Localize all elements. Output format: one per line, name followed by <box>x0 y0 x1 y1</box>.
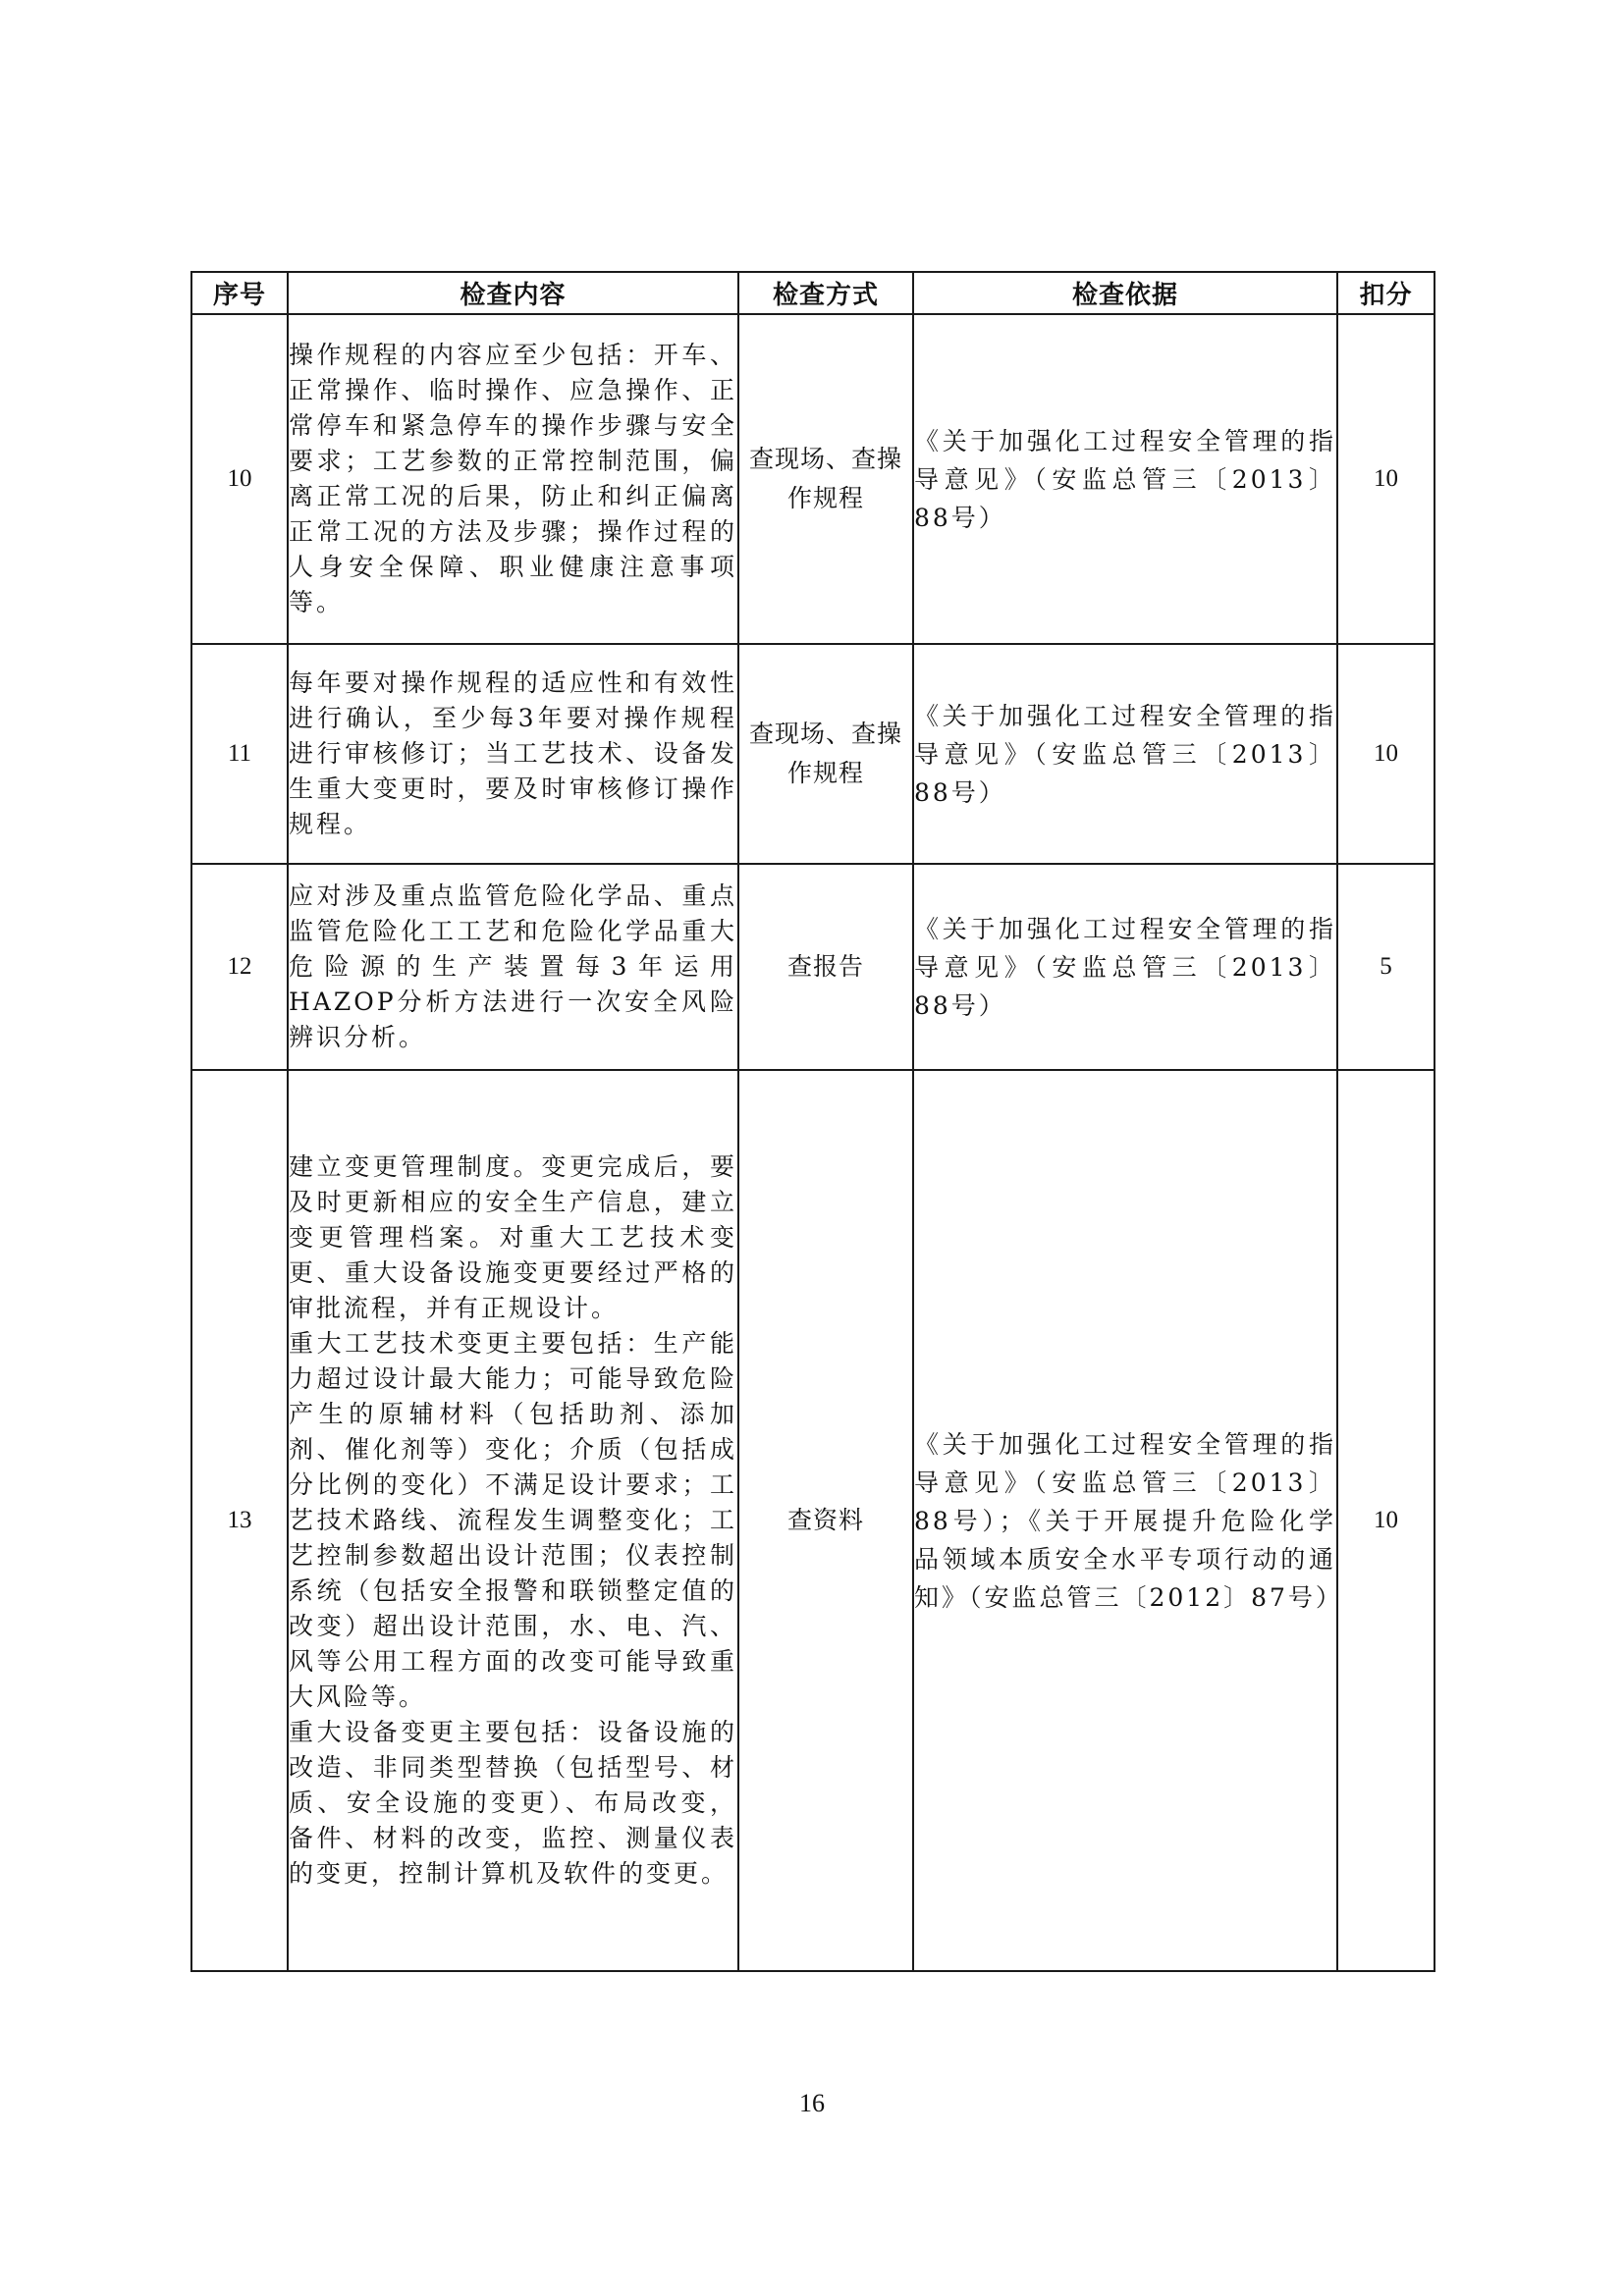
deduction-cell: 10 <box>1337 314 1435 644</box>
inspection-basis-cell: 《关于加强化工过程安全管理的指导意见》（安监总管三〔2013〕88号）；《关于开… <box>913 1070 1337 1971</box>
header-deduction: 扣分 <box>1337 272 1435 314</box>
serial-number-cell: 12 <box>191 864 288 1070</box>
inspection-basis-cell: 《关于加强化工过程安全管理的指导意见》（安监总管三〔2013〕88号） <box>913 314 1337 644</box>
header-inspection-content: 检查内容 <box>288 272 738 314</box>
inspection-content-cell: 应对涉及重点监管危险化学品、重点监管危险化工工艺和危险化学品重大危险源的生产装置… <box>288 864 738 1070</box>
content-paragraph: 建立变更管理制度。变更完成后，要及时更新相应的安全生产信息，建立变更管理档案。对… <box>289 1149 737 1326</box>
inspection-content-cell: 建立变更管理制度。变更完成后，要及时更新相应的安全生产信息，建立变更管理档案。对… <box>288 1070 738 1971</box>
serial-number-cell: 10 <box>191 314 288 644</box>
table-header-row: 序号 检查内容 检查方式 检查依据 扣分 <box>191 272 1435 314</box>
inspection-table: 序号 检查内容 检查方式 检查依据 扣分 10 操作规程的内容应至少包括：开车、… <box>190 271 1435 1972</box>
table-row: 10 操作规程的内容应至少包括：开车、正常操作、临时操作、应急操作、正常停车和紧… <box>191 314 1435 644</box>
content-paragraph: 重大工艺技术变更主要包括：生产能力超过设计最大能力；可能导致危险产生的原辅材料（… <box>289 1326 737 1715</box>
serial-number-cell: 11 <box>191 644 288 864</box>
deduction-cell: 10 <box>1337 1070 1435 1971</box>
inspection-method-cell: 查现场、查操作规程 <box>738 314 913 644</box>
table-row: 13 建立变更管理制度。变更完成后，要及时更新相应的安全生产信息，建立变更管理档… <box>191 1070 1435 1971</box>
header-inspection-basis: 检查依据 <box>913 272 1337 314</box>
inspection-content-cell: 每年要对操作规程的适应性和有效性进行确认，至少每3年要对操作规程进行审核修订；当… <box>288 644 738 864</box>
page-number: 16 <box>0 2089 1624 2118</box>
header-serial-number: 序号 <box>191 272 288 314</box>
content-paragraph: 每年要对操作规程的适应性和有效性进行确认，至少每3年要对操作规程进行审核修订；当… <box>289 666 737 842</box>
table-row: 12 应对涉及重点监管危险化学品、重点监管危险化工工艺和危险化学品重大危险源的生… <box>191 864 1435 1070</box>
inspection-basis-cell: 《关于加强化工过程安全管理的指导意见》（安监总管三〔2013〕88号） <box>913 644 1337 864</box>
content-paragraph: 操作规程的内容应至少包括：开车、正常操作、临时操作、应急操作、正常停车和紧急停车… <box>289 338 737 620</box>
content-paragraph: 重大设备变更主要包括：设备设施的改造、非同类型替换（包括型号、材质、安全设施的变… <box>289 1715 737 1892</box>
document-page: 序号 检查内容 检查方式 检查依据 扣分 10 操作规程的内容应至少包括：开车、… <box>0 0 1624 2296</box>
header-inspection-method: 检查方式 <box>738 272 913 314</box>
inspection-content-cell: 操作规程的内容应至少包括：开车、正常操作、临时操作、应急操作、正常停车和紧急停车… <box>288 314 738 644</box>
deduction-cell: 5 <box>1337 864 1435 1070</box>
inspection-method-cell: 查资料 <box>738 1070 913 1971</box>
inspection-basis-cell: 《关于加强化工过程安全管理的指导意见》（安监总管三〔2013〕88号） <box>913 864 1337 1070</box>
inspection-method-cell: 查报告 <box>738 864 913 1070</box>
deduction-cell: 10 <box>1337 644 1435 864</box>
table-row: 11 每年要对操作规程的适应性和有效性进行确认，至少每3年要对操作规程进行审核修… <box>191 644 1435 864</box>
inspection-method-cell: 查现场、查操作规程 <box>738 644 913 864</box>
serial-number-cell: 13 <box>191 1070 288 1971</box>
content-paragraph: 应对涉及重点监管危险化学品、重点监管危险化工工艺和危险化学品重大危险源的生产装置… <box>289 879 737 1055</box>
